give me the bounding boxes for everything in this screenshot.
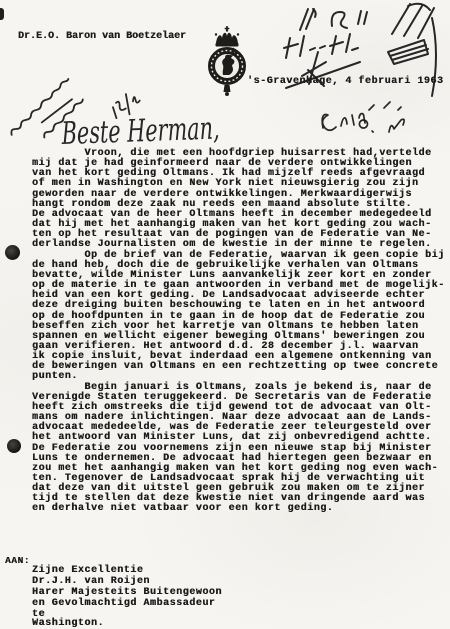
place-date-line: 's-Gravenhage, 4 februari 1963 [247,76,444,87]
punch-hole-mark [7,439,21,453]
letter-body: Vroon, die met een hoofdgriep huisarrest… [32,149,445,515]
punch-hole-mark [5,245,20,260]
scan-edge-mark [0,8,4,20]
recipient-address: Zijne Excellentie Dr.J.H. van Roijen Har… [32,565,222,620]
recipient-city-underlined: Washington. [32,619,104,629]
scanned-letter-page: Dr.E.O. Baron van Boetzelaer [0,0,450,629]
royal-crest-icon [202,24,252,96]
salutation-text: Beste Herman, [60,111,220,153]
handwritten-note-below-date-icon [305,94,445,142]
sender-name: Dr.E.O. Baron van Boetzelaer [18,31,186,42]
to-label: AAN: [5,555,30,566]
